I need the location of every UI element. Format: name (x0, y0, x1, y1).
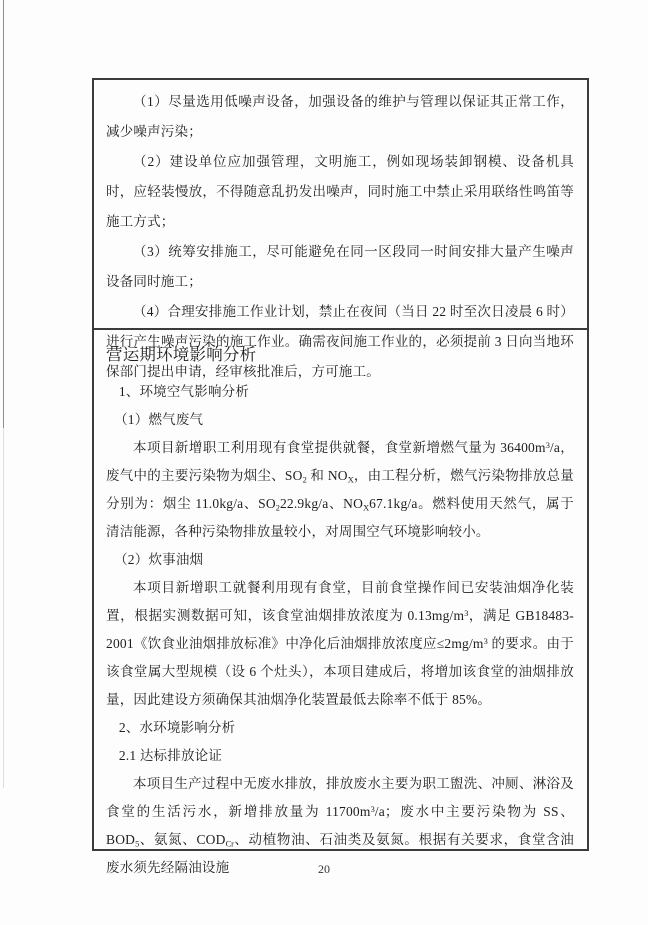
scan-edge-artifact-line-faint (3, 428, 4, 788)
water-impact-section-title: 2、水环境影响分析 (106, 714, 574, 742)
discharge-subsection-title: 2.1 达标排放论证 (106, 742, 574, 770)
noise-measure-paragraph-2: （2）建设单位应加强管理，文明施工，例如现场装卸钢模、设备机具时，应轻装慢放，不… (106, 147, 574, 237)
cooking-fume-subsection-title: （2）炊事油烟 (106, 546, 574, 574)
scan-edge-artifact-line (3, 0, 4, 428)
noise-measures-cell: （1）尽量选用低噪声设备，加强设备的维护与管理以保证其正常工作，减少噪声污染； … (94, 80, 587, 330)
operation-period-cell: 营运期环境影响分析 1、环境空气影响分析 （1）燃气废气 本项目新增职工利用现有… (94, 330, 587, 882)
cooking-fume-paragraph: 本项目新增职工就餐利用现有食堂，目前食堂操作间已安装油烟净化装置，根据实测数据可… (106, 574, 574, 714)
document-table: （1）尽量选用低噪声设备，加强设备的维护与管理以保证其正常工作，减少噪声污染； … (92, 78, 589, 851)
gas-waste-subsection-title: （1）燃气废气 (106, 406, 574, 434)
page-number: 20 (0, 862, 648, 877)
noise-measure-paragraph-3: （3）统筹安排施工，尽可能避免在同一区段同一时间安排大量产生噪声设备同时施工； (106, 237, 574, 297)
noise-measure-paragraph-1: （1）尽量选用低噪声设备，加强设备的维护与管理以保证其正常工作，减少噪声污染； (106, 87, 574, 147)
gas-waste-paragraph: 本项目新增职工利用现有食堂提供就餐，食堂新增燃气量为 36400m3/a，废气中… (106, 434, 574, 546)
